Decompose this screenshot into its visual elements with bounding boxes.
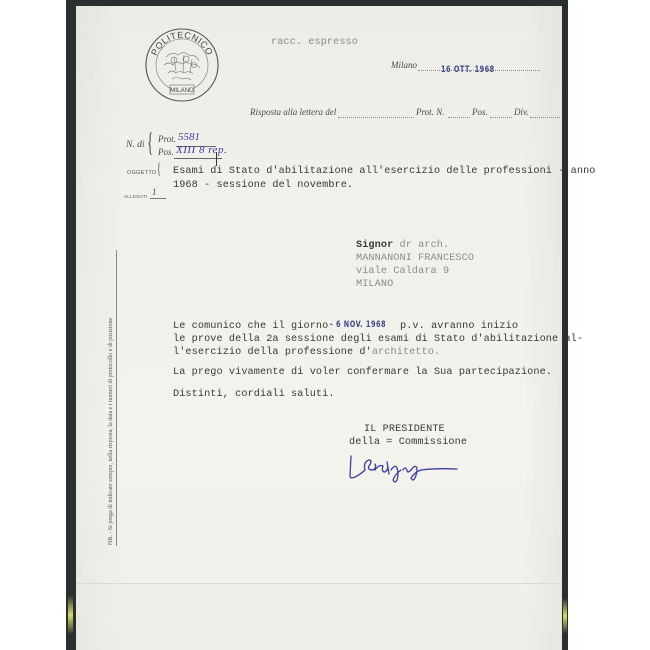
- subject-line-1: Esami di Stato d'abilitazione all'eserci…: [173, 166, 596, 177]
- body-line-2: le prove della 2a sessione degli esami d…: [173, 334, 583, 345]
- body-date-stamp: - 6 NOV. 1968: [330, 320, 386, 330]
- pos-dotted-line: [490, 117, 512, 118]
- reply-date-dotted-line: [338, 117, 414, 118]
- prot-n-dotted-line: [448, 117, 470, 118]
- place-label: Milano: [391, 60, 417, 70]
- attachments-value: 1: [152, 187, 157, 197]
- delivery-note: racc. espresso: [271, 37, 358, 48]
- body-closing: Distinti, cordiali saluti.: [173, 389, 335, 400]
- div-dotted-line: [530, 117, 560, 118]
- signature-subtitle: della = Commissione: [349, 437, 467, 448]
- pos-label: Pos.: [472, 107, 488, 117]
- recipient-street: viale Caldara 9: [356, 266, 449, 277]
- seal-bottom-text: MILANO: [170, 87, 194, 94]
- signature-title: IL PRESIDENTE: [364, 424, 445, 435]
- attachments-underline: [150, 198, 166, 199]
- body-line-3-start: l'esercizio della professione d': [173, 347, 372, 358]
- div-label: Div.: [514, 107, 529, 117]
- recipient-name: MANNANONI FRANCESCO: [356, 253, 474, 264]
- handwritten-signature-icon: [345, 448, 465, 488]
- profession-value: architetto.: [372, 347, 440, 358]
- frame-glint-left: [68, 595, 73, 635]
- recipient-title: dr arch.: [400, 240, 450, 251]
- pos-ref-label: Pos.: [158, 147, 174, 157]
- subject-year: 1968: [173, 180, 198, 191]
- bottom-rule: [76, 583, 562, 584]
- subject-brace: {: [157, 162, 161, 178]
- body-line-3: l'esercizio della professione d'architet…: [173, 347, 440, 358]
- prot-value: 5581: [178, 131, 200, 143]
- frame-glint-right: [563, 598, 567, 634]
- prot-n-label: Prot. N.: [416, 107, 444, 117]
- pos-underline: [174, 158, 222, 159]
- recipient-salutation-line: Signor dr arch.: [356, 240, 449, 251]
- subject-line-2: 1968 - sessione del novembre.: [173, 180, 353, 191]
- pos-value: XIII 8 rep.: [176, 144, 227, 156]
- tick-mark: [216, 152, 217, 166]
- margin-note-underline: [116, 250, 117, 546]
- prot-label: Prot.: [158, 134, 176, 144]
- n-di-label: N. di: [126, 140, 144, 150]
- body-paragraph-2: La prego vivamente di voler confermare l…: [173, 367, 552, 378]
- body-line-1-start: Le comunico che il giorno: [173, 321, 328, 332]
- recipient-city: MILANO: [356, 279, 393, 290]
- politecnico-seal-icon: POLITECNICO MILANO: [144, 27, 220, 103]
- subject-session: - sessione del novembre.: [198, 180, 353, 191]
- date-stamp: 16 OTT. 1968: [441, 65, 495, 75]
- subject-label: OGGETTO: [127, 170, 157, 176]
- reference-brace: {: [147, 130, 153, 156]
- body-line-1-end: p.v. avranno inizio: [400, 321, 518, 332]
- recipient-salutation: Signor: [356, 240, 393, 251]
- attachments-label: ALLEGATI: [124, 194, 148, 199]
- margin-note: NB. - Si prega di indicare sempre, nella…: [108, 318, 114, 545]
- reply-label: Risposta alla lettera del: [250, 107, 336, 117]
